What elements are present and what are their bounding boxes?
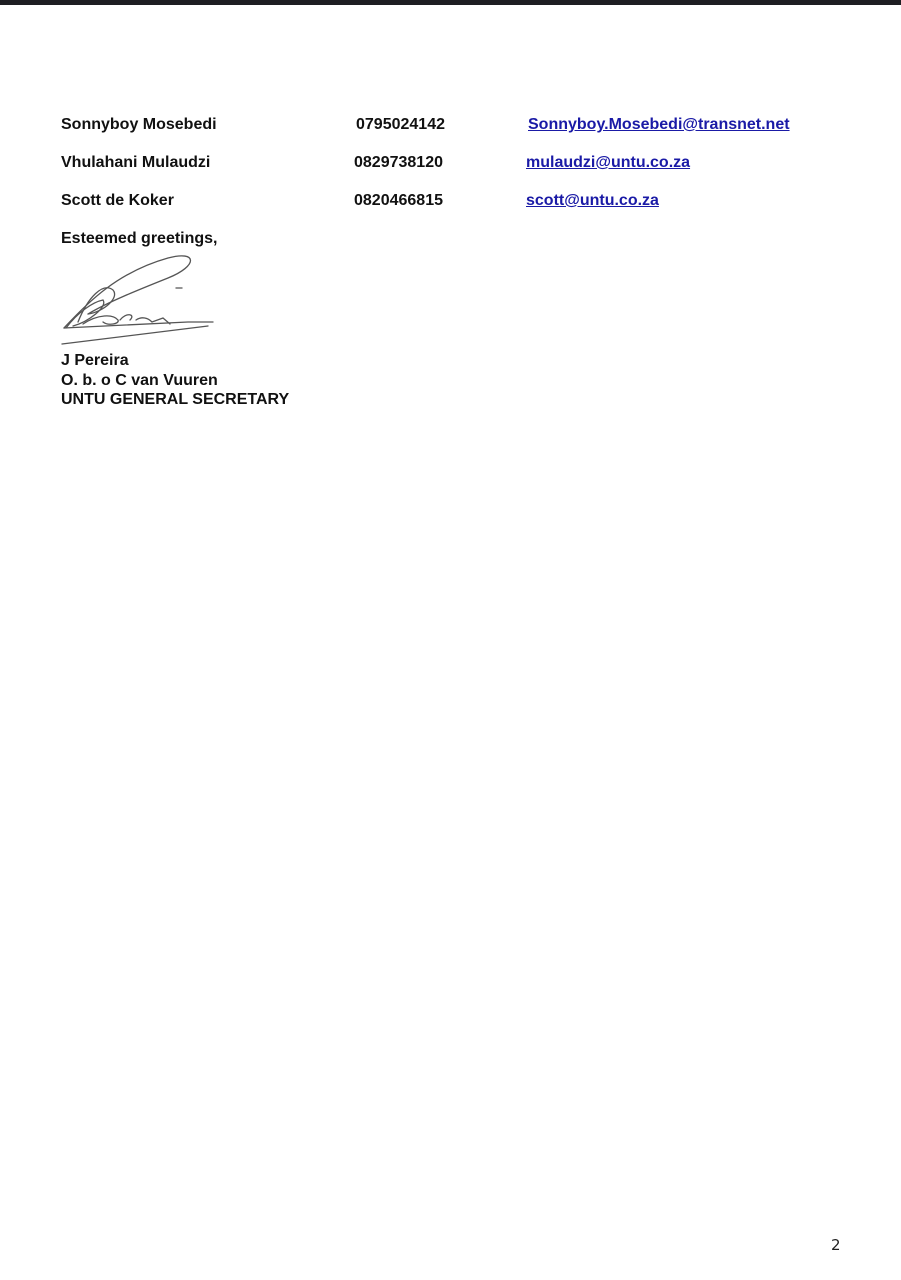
contact-email-link[interactable]: scott@untu.co.za xyxy=(526,192,659,210)
contact-phone: 0795024142 xyxy=(356,116,445,134)
contact-email-link[interactable]: mulaudzi@untu.co.za xyxy=(526,154,690,172)
signatory-title: UNTU GENERAL SECRETARY xyxy=(61,390,289,410)
signature-image xyxy=(58,252,218,347)
page-number: 2 xyxy=(831,1236,841,1254)
contact-row: Sonnyboy Mosebedi 0795024142 Sonnyboy.Mo… xyxy=(0,116,901,138)
top-bar xyxy=(0,0,901,5)
on-behalf-of: O. b. o C van Vuuren xyxy=(61,371,289,391)
contact-name: Vhulahani Mulaudzi xyxy=(61,154,210,172)
contact-row: Scott de Koker 0820466815 scott@untu.co.… xyxy=(0,192,901,214)
contact-phone: 0820466815 xyxy=(354,192,443,210)
contact-email-link[interactable]: Sonnyboy.Mosebedi@transnet.net xyxy=(528,116,790,134)
contact-name: Sonnyboy Mosebedi xyxy=(61,116,217,134)
contact-name: Scott de Koker xyxy=(61,192,174,210)
contact-phone: 0829738120 xyxy=(354,154,443,172)
signatory-name: J Pereira xyxy=(61,351,289,371)
contact-row: Vhulahani Mulaudzi 0829738120 mulaudzi@u… xyxy=(0,154,901,176)
signoff-block: J Pereira O. b. o C van Vuuren UNTU GENE… xyxy=(61,351,289,410)
closing-greeting: Esteemed greetings, xyxy=(61,230,218,248)
